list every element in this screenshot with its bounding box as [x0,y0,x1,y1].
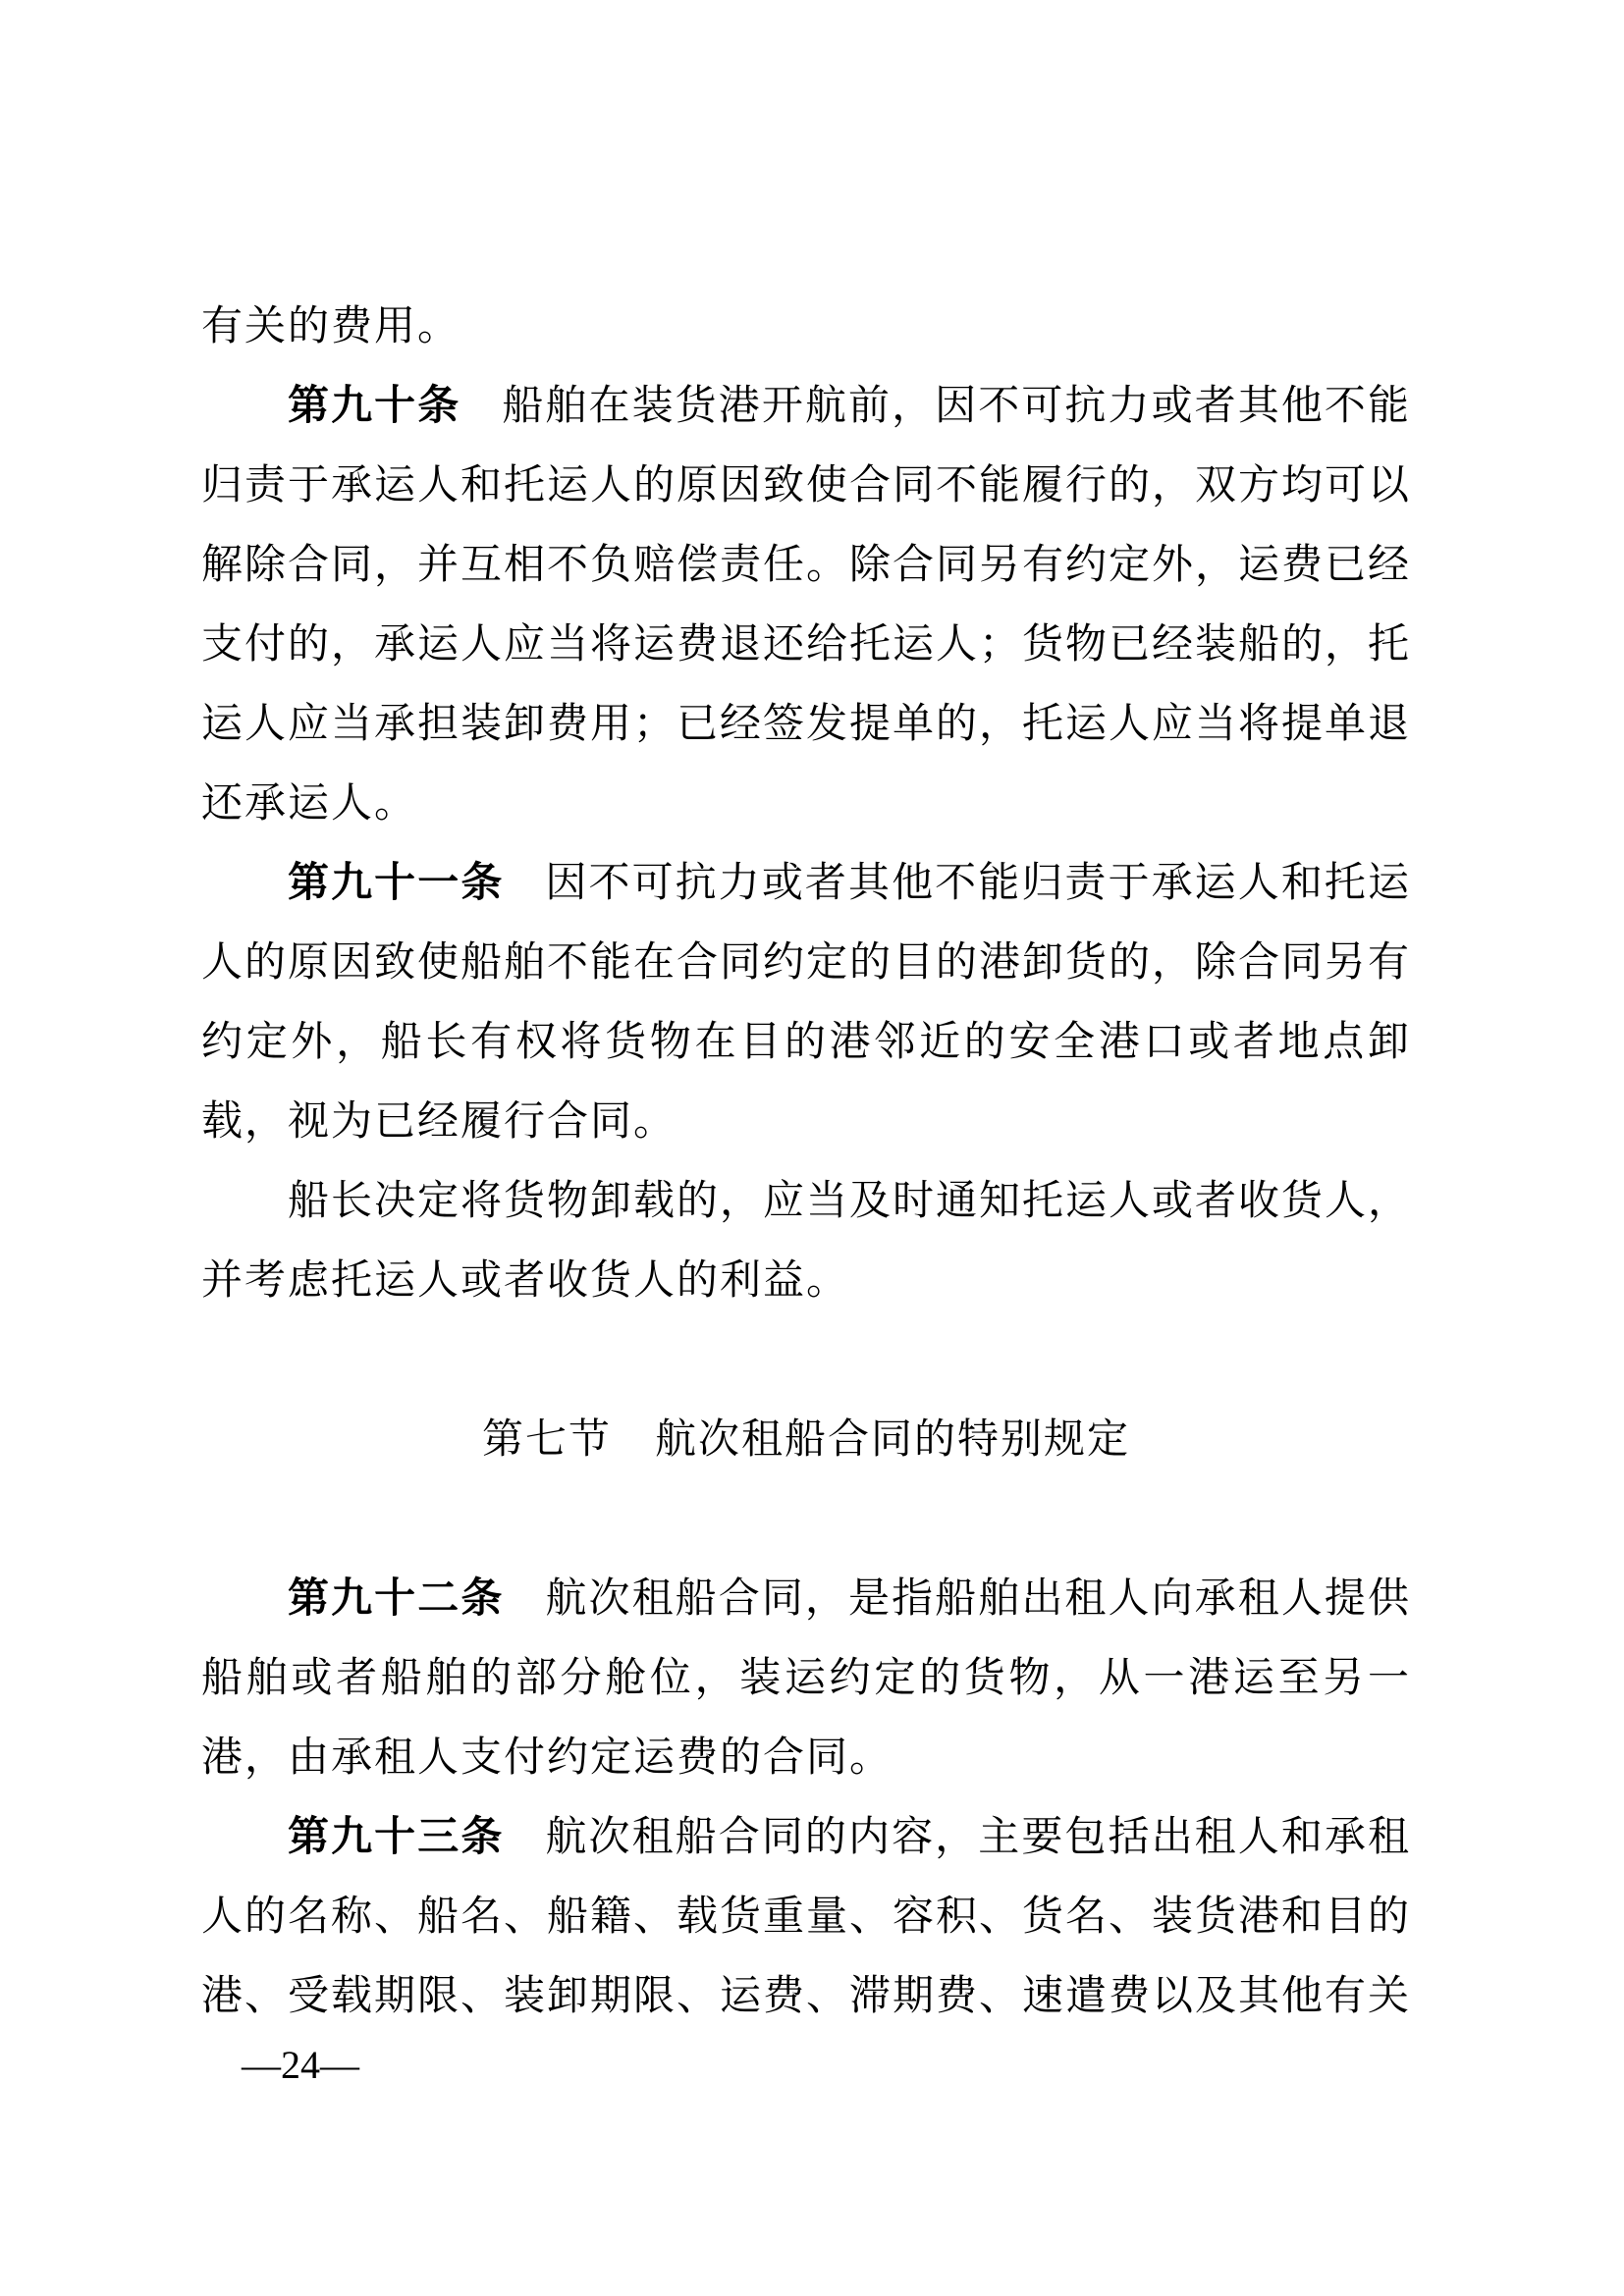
document-page: 有关的费用。 第九十条船舶在装货港开航前，因不可抗力或者其他不能归责于承运人和托… [0,0,1624,2296]
paragraph-continuation: 有关的费用。 [201,288,1411,367]
article-90-label: 第九十条 [288,384,460,429]
paragraph-continuation-text: 有关的费用。 [201,304,460,349]
section-heading-title: 航次租船合同的特别规定 [655,1417,1130,1463]
article-93-label: 第九十三条 [288,1815,504,1860]
section-heading-label: 第七节 [482,1417,612,1463]
article-90-text: 船舶在装货港开航前，因不可抗力或者其他不能归责于承运人和托运人的原因致使合同不能… [201,384,1411,827]
section-heading: 第七节航次租船合同的特别规定 [201,1401,1411,1480]
article-90-paragraph: 第九十条船舶在装货港开航前，因不可抗力或者其他不能归责于承运人和托运人的原因致使… [201,367,1411,844]
article-92-label: 第九十二条 [288,1576,504,1622]
page-number-footer: —24— [242,2044,359,2087]
document-body: 有关的费用。 第九十条船舶在装货港开航前，因不可抗力或者其他不能归责于承运人和托… [201,288,1411,2037]
article-91-label: 第九十一条 [288,861,504,906]
article-91-paragraph: 第九十一条因不可抗力或者其他不能归责于承运人和托运人的原因致使船舶不能在合同约定… [201,844,1411,1162]
article-92-paragraph: 第九十二条航次租船合同，是指船舶出租人向承租人提供船舶或者船舶的部分舱位，装运约… [201,1560,1411,1798]
article-91-second-paragraph: 船长决定将货物卸载的，应当及时通知托运人或者收货人，并考虑托运人或者收货人的利益… [201,1162,1411,1321]
article-93-paragraph: 第九十三条航次租船合同的内容，主要包括出租人和承租人的名称、船名、船籍、载货重量… [201,1798,1411,2037]
article-91-second-paragraph-text: 船长决定将货物卸载的，应当及时通知托运人或者收货人，并考虑托运人或者收货人的利益… [201,1179,1411,1304]
